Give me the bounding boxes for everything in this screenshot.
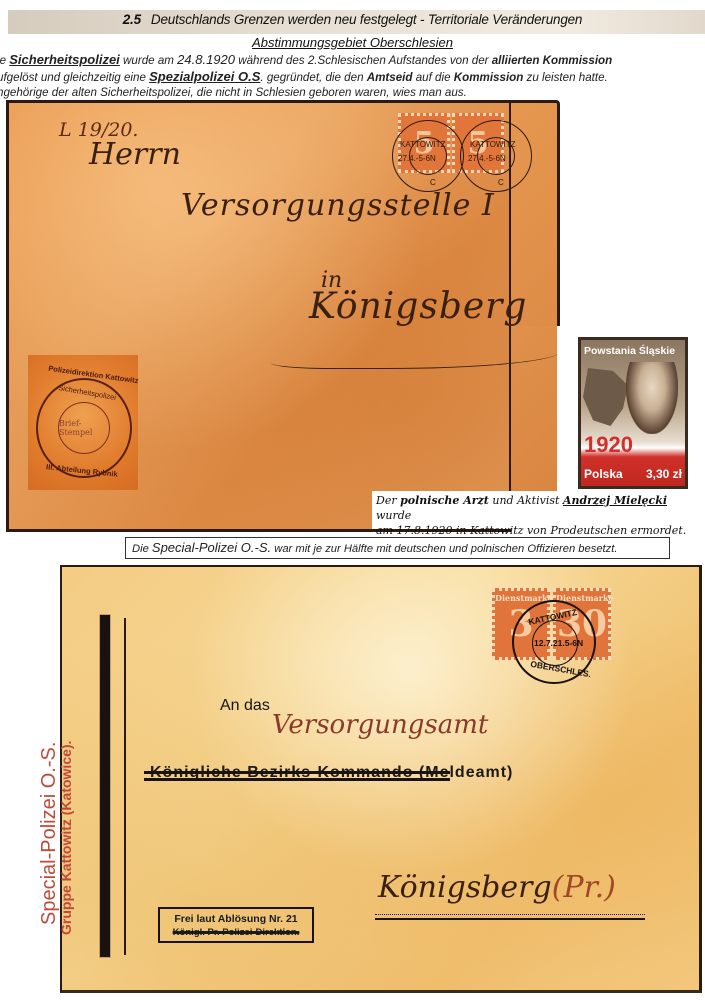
postmark-text: KATTOWITZ xyxy=(470,140,515,149)
intro-line-3: ngehörige der alten Sicherheitspolizei, … xyxy=(0,85,705,101)
intro-paragraph: ie Sicherheitspolizei wurde am 24.8.1920… xyxy=(0,52,705,101)
salutation: Herrn xyxy=(89,137,181,172)
keyword-alliierte-kommission: alliierten Kommission xyxy=(492,54,612,67)
keyword-sicherheitspolizei: Sicherheitspolizei xyxy=(9,52,120,67)
greeting: An das xyxy=(220,697,270,715)
page-title: 2.5Deutschlands Grenzen werden neu festg… xyxy=(0,12,705,27)
intro-line-1: ie Sicherheitspolizei wurde am 24.8.1920… xyxy=(0,52,705,69)
date-dissolved: 24.8.1920 xyxy=(177,52,235,67)
postmark-date: 27.4.-5-6N xyxy=(398,154,436,163)
section-title: Deutschlands Grenzen werden neu festgele… xyxy=(151,12,582,27)
addressee: Versorgungsstelle I xyxy=(181,188,495,223)
keyword-special-polizei: Special-Polizei O.-S. xyxy=(152,540,271,555)
caption-box: Die Special-Polizei O.-S. war mit je zur… xyxy=(125,537,670,559)
postmark-text: KATTOWITZ xyxy=(400,140,445,149)
stamp-title: Powstania Śląskie xyxy=(584,345,675,357)
portrait-image xyxy=(626,362,678,434)
keyword-spezialpolizei: Spezialpolizei O.S xyxy=(149,69,260,84)
destination-city: Königsberg(Pr.) xyxy=(378,870,616,905)
franking-box: Frei laut Ablösung Nr. 21 Königl. Pr. Po… xyxy=(158,907,314,943)
stamp-value: 3,30 zł xyxy=(646,467,682,481)
strike-bars xyxy=(144,771,450,781)
polish-commemorative-stamp: Powstania Śląskie 1920 Polska 3,30 zł xyxy=(578,337,688,489)
keyword-amtseid: Amtseid xyxy=(367,71,413,84)
postmark-date: 12.7.21.5-6N xyxy=(534,638,583,648)
stamp-year: 1920 xyxy=(584,432,633,458)
person-name: Andrzej Mielęcki xyxy=(563,494,667,507)
section-number: 2.5 xyxy=(123,12,141,27)
sender-imprint: Special-Polizei O.-S. Gruppe Kattowitz (… xyxy=(36,605,121,985)
destination-city: Königsberg xyxy=(309,286,527,327)
intro-line-2: ufgelöst und gleichzeitig eine Spezialpo… xyxy=(0,69,705,86)
postmark-suffix: C xyxy=(430,178,436,187)
divider-line xyxy=(124,618,126,955)
postmark-date: 27.4.-5-6N xyxy=(468,154,506,163)
stamp-caption: Der polnische Arzt und Aktivist Andrzej … xyxy=(372,491,705,529)
sender-line-2: Gruppe Kattowitz (Katowice). xyxy=(58,741,74,935)
seal-center: Brief-Stempel xyxy=(58,402,110,454)
keyword-kommission: Kommission xyxy=(454,71,524,84)
postmark-suffix: C xyxy=(498,178,504,187)
page-subtitle: Abstimmungsgebiet Oberschlesien xyxy=(0,35,705,50)
address-dotted-line xyxy=(375,914,645,915)
address-line xyxy=(375,918,645,920)
stamp-country: Polska xyxy=(584,467,623,481)
addressee: Versorgungsamt xyxy=(272,710,488,740)
